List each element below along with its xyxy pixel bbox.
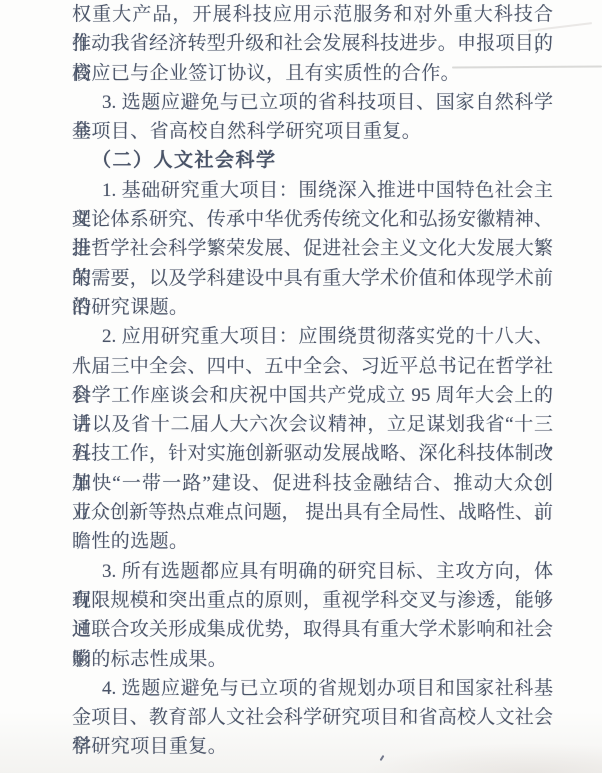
text-line: 科技工作，针对实施创新驱动发展战略、深化科技体制改革、 <box>72 439 553 468</box>
text-line: 的需要，以及学科建设中具有重大学术价值和体现学术前沿 <box>72 264 553 293</box>
text-line: 进哲学社会科学繁荣发展、促进社会主义文化大发展大繁荣 <box>72 234 553 263</box>
text-line: 学研究项目重复。 <box>72 732 553 761</box>
text-line: 万众创新等热点难点问题， 提出具有全局性、战略性、前 <box>72 498 553 527</box>
text-line: 响的标志性成果。 <box>72 645 553 674</box>
text-line: 权重大产品，开展科技应用示范服务和对外重大科技合作， <box>72 0 553 29</box>
text-line: 瞻性的选题。 <box>72 527 553 556</box>
text-line: 3. 选题应避免与已立项的省科技项目、国家自然科学基 <box>72 88 553 117</box>
text-line: 科学工作座谈会和庆祝中国共产党成立 95 周年大会上的讲 <box>72 381 553 410</box>
text-line: 过联合攻关形成集成优势，取得具有重大学术影响和社会影 <box>72 615 553 644</box>
text-line: 1. 基础研究重大项目：围绕深入推进中国特色社会主义 <box>72 176 553 205</box>
text-line: 金项目、教育部人文社会科学研究项目和省高校人文社会科 <box>72 703 553 732</box>
document-text-block: 权重大产品，开展科技应用示范服务和对外重大科技合作，推动我省经济转型升级和社会发… <box>72 0 553 762</box>
text-line: 校应已与企业签订协议，且有实质性的合作。 <box>72 59 553 88</box>
text-line: 话以及省十二届人大六次会议精神，立足谋划我省“十三五” <box>72 410 553 439</box>
text-line: 金项目、省高校自然科学研究项目重复。 <box>72 117 553 146</box>
text-line: 有限规模和突出重点的原则，重视学科交叉与渗透，能够通 <box>72 586 553 615</box>
text-line: 3. 所有选题都应具有明确的研究目标、主攻方向，体现 <box>72 557 553 586</box>
text-line: 加快“一带一路”建设、促进科技金融结合、推动大众创业、 <box>72 469 553 498</box>
text-line: 4. 选题应避免与已立项的省规划办项目和国家社科基 <box>72 674 553 703</box>
document-page: 权重大产品，开展科技应用示范服务和对外重大科技合作，推动我省经济转型升级和社会发… <box>0 0 602 773</box>
text-line: 2. 应用研究重大项目：应围绕贯彻落实党的十八大、十 <box>72 322 553 351</box>
section-heading: （二）人文社会科学 <box>72 146 553 175</box>
text-line: 八届三中全会、四中、五中全会、习近平总书记在哲学社会 <box>72 352 553 381</box>
text-line: 理论体系研究、传承中华优秀传统文化和弘扬安徽精神、推 <box>72 205 553 234</box>
text-line: 推动我省经济转型升级和社会发展科技进步。申报项目的高 <box>72 29 553 58</box>
text-line: 的研究课题。 <box>72 293 553 322</box>
